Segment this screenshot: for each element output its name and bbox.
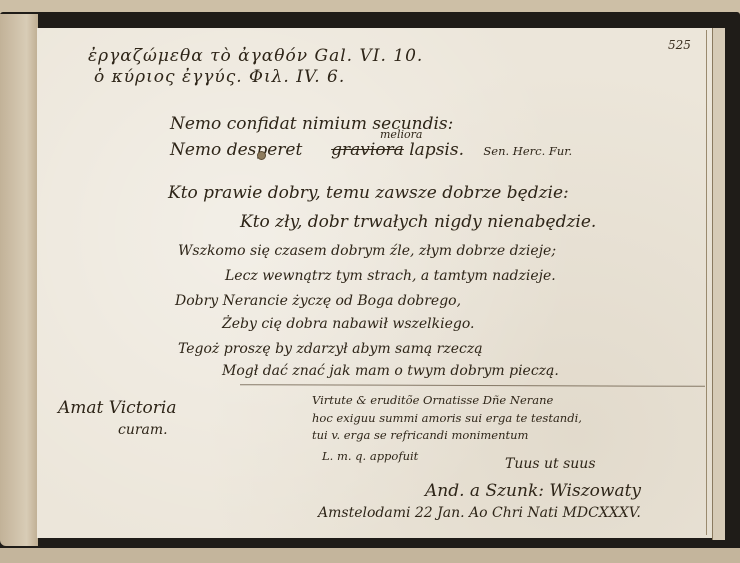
seneca-line-2: Nemo desperet graviora lapsis. Sen. Herc… — [170, 140, 572, 160]
seneca-line-2-prefix: Nemo desperet — [170, 140, 302, 160]
verse-line-6: Żeby cię dobra nabawił wszelkiego. — [222, 316, 475, 332]
seneca-citation: Sen. Herc. Fur. — [483, 144, 572, 158]
left-page-edge — [0, 14, 38, 546]
verse-line-4: Lecz wewnątrz tym strach, a tamtym nadzi… — [225, 268, 556, 284]
verse-line-7: Tegoż proszę by zdarzył abym samą rzeczą — [178, 341, 483, 357]
background-bottom — [0, 548, 740, 563]
right-page-edges — [712, 28, 725, 540]
greek-line-2: ὁ κύριος ἐγγύς. Φιλ. IV. 6. — [94, 67, 345, 87]
interlinear-correction: meliora — [380, 128, 422, 141]
motto-line-2: curam. — [118, 422, 168, 438]
verse-line-3: Wszkomo się czasem dobrym źle, złym dobr… — [178, 243, 556, 259]
closing: Tuus ut suus — [505, 456, 596, 472]
verse-line-1: Kto prawie dobry, temu zawsze dobrze będ… — [168, 183, 569, 203]
greek-line-1: ἐργαζώμεθα τὸ ἀγαθόν Gal. VI. 10. — [88, 46, 423, 66]
seneca-line-2-suffix: lapsis. — [409, 140, 464, 160]
page-number: 525 — [668, 38, 691, 52]
signature: And. a Szunk: Wiszowaty — [425, 481, 641, 501]
motto-line-1: Amat Victoria — [58, 398, 176, 418]
dedication-line-3: tui v. erga se refricandi monimentum — [312, 428, 528, 442]
verse-line-8: Mogł dać znać jak mam o twym dobrym piec… — [222, 363, 559, 379]
struck-word: graviora — [331, 140, 404, 160]
date-line: Amstelodami 22 Jan. Ao Chri Nati MDCXXXV… — [318, 505, 641, 521]
ink-blot — [257, 151, 266, 160]
dedication-line-2: hoc exiguu summi amoris sui erga te test… — [312, 411, 582, 425]
dedication-line-4: L. m. q. appofuit — [322, 449, 418, 463]
verse-line-2: Kto zły, dobr trwałych nigdy nienabędzie… — [240, 212, 596, 232]
page-margin-line — [706, 30, 707, 535]
verse-line-5: Dobry Nerancie życzę od Boga dobrego, — [175, 293, 461, 309]
dedication-line-1: Virtute & eruditõe Ornatisse Dñe Nerane — [312, 393, 553, 407]
